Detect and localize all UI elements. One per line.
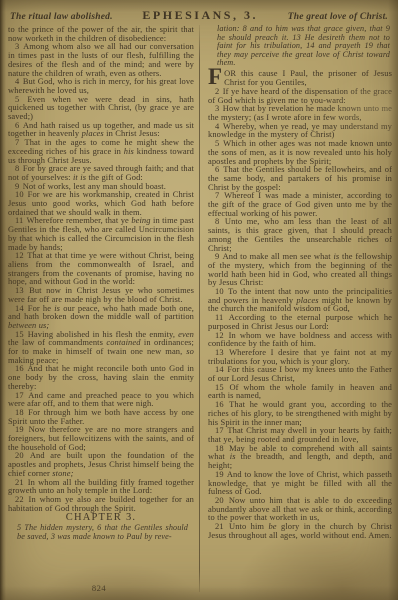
verse-number: 11 [15, 215, 24, 225]
verse-number: 21 [15, 477, 25, 487]
verse-number: 19 [215, 469, 225, 479]
verse-19: 19 Now therefore ye are no more stranger… [8, 425, 194, 451]
page-header: The ritual law abolished. EPHESIANS, 3. … [0, 8, 398, 23]
verse-number: 7 [15, 137, 20, 147]
verse-number: 5 [15, 94, 20, 104]
verse-number: 14 [15, 303, 25, 313]
text-columns: to the prince of the power of the air, t… [0, 25, 398, 592]
verse-11: 11 Wherefore remember, that ye being in … [8, 216, 194, 251]
verse-number: 16 [215, 399, 225, 409]
verse-5: 5 Even when we were dead in sins, hath q… [8, 95, 194, 121]
verse-number: 4 [15, 76, 20, 86]
verse-12: 12 In whom we have boldness and access w… [208, 331, 392, 348]
drop-cap: F [208, 69, 224, 86]
verse-number: 13 [15, 285, 25, 295]
verse-number: 18 [215, 443, 225, 453]
verse-number: 7 [215, 190, 220, 200]
bible-page: The ritual law abolished. EPHESIANS, 3. … [0, 0, 398, 600]
verse-19: 19 And to know the love of Christ, which… [208, 470, 392, 496]
verse-7: 7 That in the ages to come he might shew… [8, 138, 194, 164]
verse-continuation: to the prince of the power of the air, t… [8, 25, 194, 42]
book-chapter-title: EPHESIANS, 3. [142, 8, 258, 23]
verse-11: 11 According to the eternal purpose whic… [208, 313, 392, 330]
verse-number: 3 [215, 103, 220, 113]
verse-14: 14 For this cause I bow my knees unto th… [208, 365, 392, 382]
verse-13: 13 But now in Christ Jesus ye who someti… [8, 286, 194, 303]
left-column: to the prince of the power of the air, t… [0, 25, 198, 592]
verse-9: 9 And to make all men see what is the fe… [208, 252, 392, 287]
page-number: 824 [0, 583, 198, 593]
verse-21: 21 In whom all the building fitly framed… [8, 478, 194, 495]
verse-20: 20 Now unto him that is able to do excee… [208, 496, 392, 522]
verse-4: 4 Whereby, when ye read, ye may understa… [208, 122, 392, 139]
verse-number: 8 [15, 163, 20, 173]
verse-number: 10 [15, 189, 25, 199]
verse-12: 12 That at that time ye were without Chr… [8, 251, 194, 286]
verse-number: 3 [15, 41, 20, 51]
verse-number: 20 [215, 495, 225, 505]
verse-10: 10 To the intent that now unto the princ… [208, 287, 392, 313]
verse-18: 18 May be able to comprehend with all sa… [208, 444, 392, 470]
verse-20: 20 And are built upon the foundation of … [8, 451, 194, 477]
verse-6: 6 That the Gentiles should be fellowheir… [208, 165, 392, 191]
verse-7: 7 Whereof I was made a minister, accordi… [208, 191, 392, 217]
verse-8: 8 Unto me, who am less than the least of… [208, 217, 392, 252]
verse-6: 6 And hath raised us up together, and ma… [8, 121, 194, 138]
verse-21: 21 Unto him be glory in the church by Ch… [208, 522, 392, 539]
verse-16: 16 That he would grant you, according to… [208, 400, 392, 426]
verse-number: 8 [215, 216, 220, 226]
verse-number: 11 [215, 312, 224, 322]
right-column-verses: FOR this cause I Paul, the prisoner of J… [208, 69, 392, 539]
verse-number: 15 [215, 382, 225, 392]
verse-3: 3 How that by revelation he made known u… [208, 104, 392, 121]
verse-number: 14 [215, 364, 225, 374]
verse-18: 18 For through him we both have access b… [8, 408, 194, 425]
verse-number: 5 [215, 138, 220, 148]
verse-4: 4 But God, who is rich in mercy, for his… [8, 77, 194, 94]
verse-3: 3 Among whom also we all had our convers… [8, 42, 194, 77]
verse-2: 2 If ye have heard of the dispensation o… [208, 87, 392, 104]
verse-number: 17 [15, 390, 25, 400]
chapter-summary: 5 The hidden mystery, 6 that the Gentile… [8, 524, 194, 541]
chapter-heading: CHAPTER 3. [8, 514, 194, 523]
column-divider [199, 25, 200, 592]
verse-number: 2 [215, 86, 220, 96]
verse-number: 20 [15, 450, 25, 460]
verse-number: 9 [215, 251, 220, 261]
verse-number: 12 [215, 330, 225, 340]
left-column-verses: to the prince of the power of the air, t… [8, 25, 194, 512]
verse-13: 13 Wherefore I desire that ye faint not … [208, 348, 392, 365]
verse-number: 12 [15, 250, 25, 260]
verse-17: 17 That Christ may dwell in your hearts … [208, 426, 392, 443]
verse-number: 10 [215, 286, 225, 296]
verse-number: 17 [215, 425, 225, 435]
verse-number: 19 [15, 424, 25, 434]
running-head-right: The great love of Christ. [288, 12, 388, 22]
right-column: lation: 8 and to him was that grace give… [201, 25, 398, 592]
verse-15: 15 Of whom the whole family in heaven an… [208, 383, 392, 400]
verse-number: 22 [15, 494, 25, 504]
verse-number: 13 [215, 347, 225, 357]
chapter-summary-continuation: lation: 8 and to him was that grace give… [208, 25, 392, 68]
verse-17: 17 And came and preached peace to you wh… [8, 391, 194, 408]
verse-number: 18 [15, 407, 25, 417]
verse-number: 21 [215, 521, 225, 531]
verse-number: 6 [15, 120, 20, 130]
verse-number: 15 [15, 329, 25, 339]
verse-8: 8 For by grace are ye saved through fait… [8, 164, 194, 181]
verse-10: 10 For we are his workmanship, created i… [8, 190, 194, 216]
verse-number: 4 [215, 121, 220, 131]
verse-1: FOR this cause I Paul, the prisoner of J… [208, 69, 392, 86]
verse-5: 5 Which in other ages was not made known… [208, 139, 392, 165]
verse-15: 15 Having abolished in his flesh the enm… [8, 330, 194, 365]
verse-16: 16 And that he might reconcile both unto… [8, 364, 194, 390]
verse-number: 6 [215, 164, 220, 174]
verse-number: 16 [15, 363, 25, 373]
verse-22: 22 In whom ye also are builded together … [8, 495, 194, 512]
running-head-left: The ritual law abolished. [10, 12, 113, 22]
verse-14: 14 For he is our peace, who hath made bo… [8, 304, 194, 330]
